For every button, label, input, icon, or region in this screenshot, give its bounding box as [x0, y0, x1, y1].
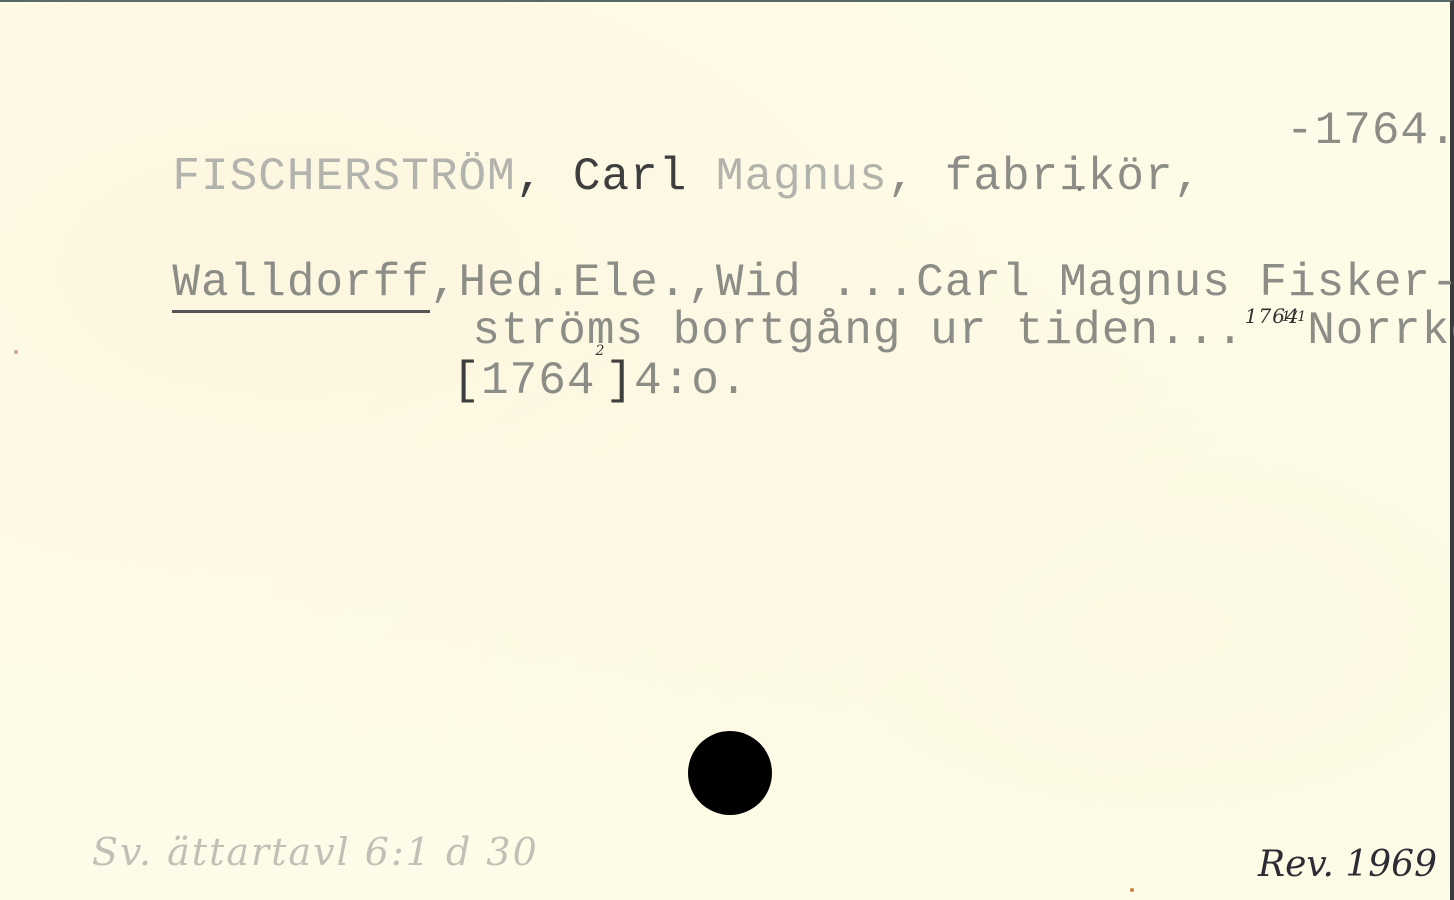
entry-year-superscript: 2: [595, 343, 605, 359]
entry-line-3: [17642]4:o.: [338, 312, 748, 450]
heading-dates: -1764.: [1286, 108, 1454, 154]
date-annotation-fraction: 1/1: [1282, 309, 1308, 325]
bracket-open: [: [452, 355, 481, 407]
paper-speck: [1130, 888, 1134, 892]
catalog-card: FISCHERSTRÖM, Carl Magnus, fabrikör, -17…: [0, 0, 1454, 900]
handwritten-reference: Sv. ättartavl 6:1 d 30: [92, 830, 539, 874]
entry-year: 1764: [481, 355, 595, 407]
paper-speck: [1078, 188, 1081, 191]
heading-given-rest: Magnus: [687, 151, 887, 203]
heading-separator: ,: [516, 151, 573, 203]
punch-hole: [688, 731, 772, 815]
entry-format: 4:o.: [634, 355, 748, 407]
heading-occupation: , fabrikör,: [888, 151, 1203, 203]
bracket-close: ]: [605, 355, 634, 407]
handwritten-revision: Rev. 1969: [1258, 844, 1437, 885]
heading-given-first: Carl: [573, 151, 687, 203]
paper-speck: [14, 350, 18, 354]
entry-place: Norrköping: [1307, 305, 1454, 357]
heading-surname: FISCHERSTRÖM: [172, 151, 515, 203]
